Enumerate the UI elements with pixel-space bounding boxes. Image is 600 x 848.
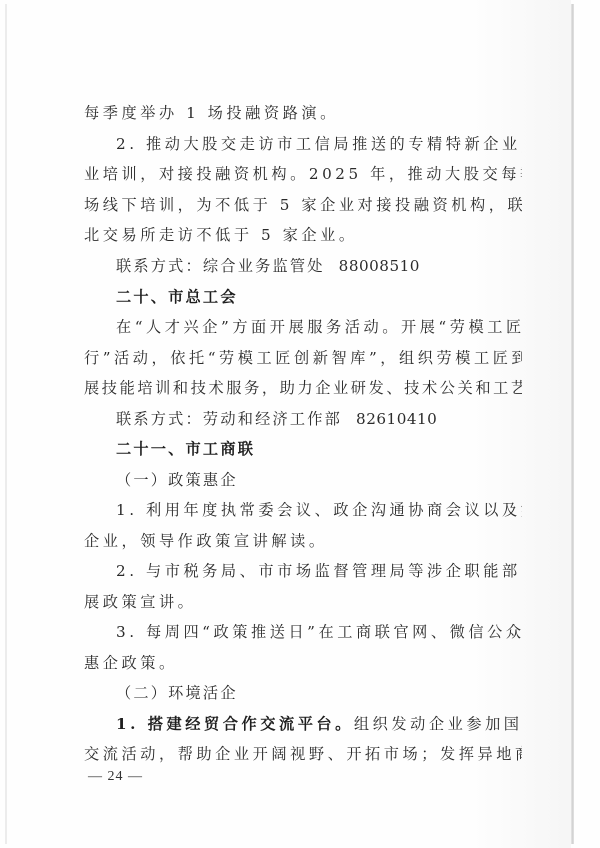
paragraph-line: 2. 推动大股交走访市工信局推送的专精特新企业，开展企 <box>116 132 522 156</box>
paragraph-line: 场线下培训，为不低于 5 家企业对接投融资机构，联合沪、深、 <box>84 193 522 217</box>
contact-line: 联系方式：劳动和经济工作部82610410 <box>116 407 522 431</box>
paragraph-line: 3. 每周四“政策推送日”在工商联官网、微信公众号推送 <box>116 620 522 644</box>
contact-phone: 88008510 <box>339 257 420 275</box>
paragraph-line: 展技能培训和技术服务，助力企业研发、技术公关和工艺改进。 <box>84 376 522 400</box>
bold-lead: 1. 搭建经贸合作交流平台。 <box>116 715 354 733</box>
document-page: 每季度举办 1 场投融资路演。 2. 推动大股交走访市工信局推送的专精特新企业，… <box>0 0 600 848</box>
paragraph-line: 1. 搭建经贸合作交流平台。组织发动企业参加国内外经贸 <box>116 712 522 736</box>
paragraph-text: 组织发动企业参加国内外经贸 <box>354 715 522 733</box>
contact-phone: 82610410 <box>356 410 437 428</box>
section-heading: 二十一、市工商联 <box>116 437 522 461</box>
contact-label: 联系方式：综合业务监管处 <box>116 257 325 275</box>
paragraph-line: 1. 利用年度执常委会议、政企沟通协商会议以及实地调研 <box>116 498 522 522</box>
paragraph-line: 在“人才兴企”方面开展服务活动。开展“劳模工匠助企 <box>116 315 522 339</box>
subsection-title: （二）环境活企 <box>116 681 522 705</box>
paragraph-line: 业培训，对接投融资机构。2025 年，推动大股交每季度开展 1 <box>84 162 522 186</box>
scan-edge-left <box>5 4 7 844</box>
contact-line: 联系方式：综合业务监管处88008510 <box>116 254 522 278</box>
contact-label: 联系方式：劳动和经济工作部 <box>116 410 342 428</box>
scan-edge-right <box>571 4 574 844</box>
paragraph-line: 惠企政策。 <box>84 651 522 675</box>
paragraph-line: 企业，领导作政策宣讲解读。 <box>84 529 522 553</box>
paragraph-line: 每季度举办 1 场投融资路演。 <box>84 101 522 125</box>
paragraph-line: 北交易所走访不低于 5 家企业。 <box>84 223 522 247</box>
paragraph-line: 2. 与市税务局、市市场监督管理局等涉企职能部门联合开 <box>116 559 522 583</box>
page-number: — 24 — <box>88 766 143 788</box>
paragraph-line: 展政策宣讲。 <box>84 590 522 614</box>
section-heading: 二十、市总工会 <box>116 285 522 309</box>
paragraph-line: 交流活动，帮助企业开阔视野、开拓市场；发挥异地商协会、海 <box>84 742 522 766</box>
subsection-title: （一）政策惠企 <box>116 468 522 492</box>
paragraph-line: 行”活动，依托“劳模工匠创新智库”，组织劳模工匠到企业开 <box>84 346 522 370</box>
